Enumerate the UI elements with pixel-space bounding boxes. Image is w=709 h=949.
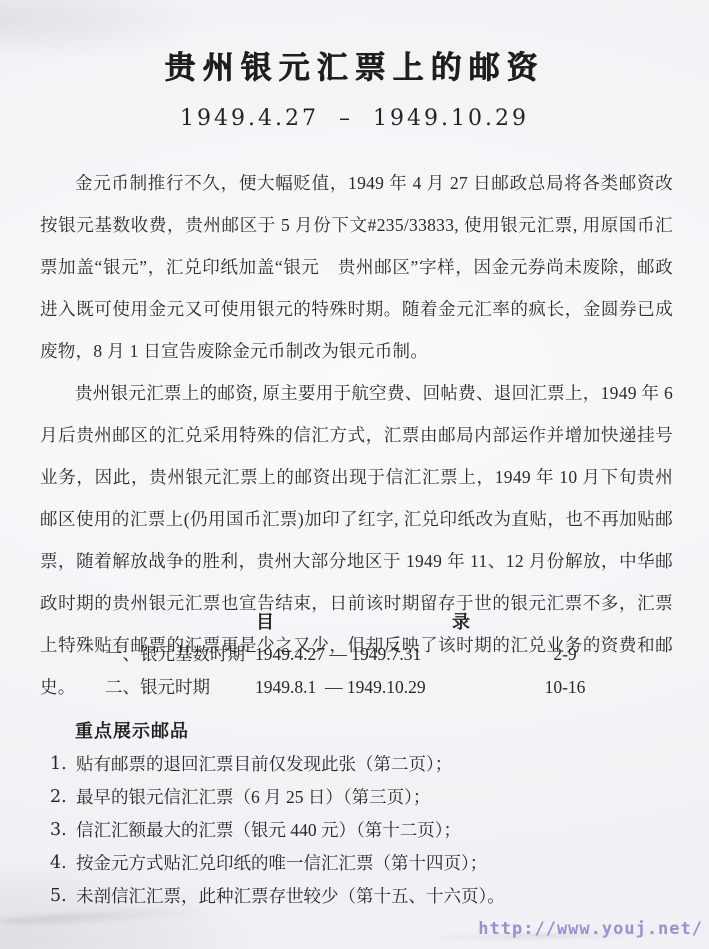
document-title: 贵州银元汇票上的邮资 xyxy=(0,42,709,87)
list-item-number: 2. xyxy=(50,781,76,814)
toc-heading-char-left: 目 xyxy=(256,606,274,638)
toc-heading: 目 录 xyxy=(40,606,673,638)
toc-entry-dates: 1949.4.27 — 1949.7.31 xyxy=(255,638,485,671)
scanned-document-page: 贵州银元汇票上的邮资 1949.4.27 – 1949.10.29 金元币制推行… xyxy=(0,0,709,949)
list-item: 5. 未剖信汇汇票，此种汇票存世较少（第十五、十六页）。 xyxy=(50,880,673,913)
table-of-contents: 目 录 一、银元基数时期 1949.4.27 — 1949.7.31 2-9 二… xyxy=(40,606,673,704)
list-item: 4. 按金元方式贴汇兑印纸的唯一信汇汇票（第十四页）； xyxy=(50,847,673,880)
toc-entry-dates: 1949.8.1 — 1949.10.29 xyxy=(255,671,485,704)
list-item-text: 最早的银元信汇汇票（6 月 25 日）（第三页）； xyxy=(76,781,430,814)
toc-entry-pages: 2-9 xyxy=(505,638,625,671)
toc-row: 一、银元基数时期 1949.4.27 — 1949.7.31 2-9 xyxy=(105,638,673,671)
toc-entry-pages: 10-16 xyxy=(505,671,625,704)
toc-entry-label: 一、银元基数时期 xyxy=(105,638,255,671)
list-item-text: 贴有邮票的退回汇票目前仅发现此张（第二页）； xyxy=(76,748,452,781)
toc-entry-label: 二、银元时期 xyxy=(105,671,255,704)
list-item-text: 信汇汇额最大的汇票（银元 440 元）（第十二页）； xyxy=(76,814,461,847)
list-item-number: 5. xyxy=(50,880,76,913)
highlights-heading: 重点展示邮品 xyxy=(75,714,673,748)
list-item: 1. 贴有邮票的退回汇票目前仅发现此张（第二页）； xyxy=(50,748,673,781)
toc-heading-char-right: 录 xyxy=(452,606,470,638)
list-item: 2. 最早的银元信汇汇票（6 月 25 日）（第三页）； xyxy=(50,781,673,814)
list-item-number: 4. xyxy=(50,847,76,880)
paragraph-1: 金元币制推行不久，便大幅贬值，1949 年 4 月 27 日邮政总局将各类邮资改… xyxy=(40,162,673,372)
list-item-text: 按金元方式贴汇兑印纸的唯一信汇汇票（第十四页）； xyxy=(76,847,487,880)
list-item: 3. 信汇汇额最大的汇票（银元 440 元）（第十二页）； xyxy=(50,814,673,847)
list-item-number: 3. xyxy=(50,814,76,847)
watermark-url: http://www.youj.net/ xyxy=(478,919,703,939)
document-date-range: 1949.4.27 – 1949.10.29 xyxy=(0,106,709,131)
list-item-text: 未剖信汇汇票，此种汇票存世较少（第十五、十六页）。 xyxy=(76,880,505,913)
toc-row: 二、银元时期 1949.8.1 — 1949.10.29 10-16 xyxy=(105,671,673,704)
list-item-number: 1. xyxy=(50,748,76,781)
highlights-section: 重点展示邮品 1. 贴有邮票的退回汇票目前仅发现此张（第二页）； 2. 最早的银… xyxy=(40,714,673,913)
